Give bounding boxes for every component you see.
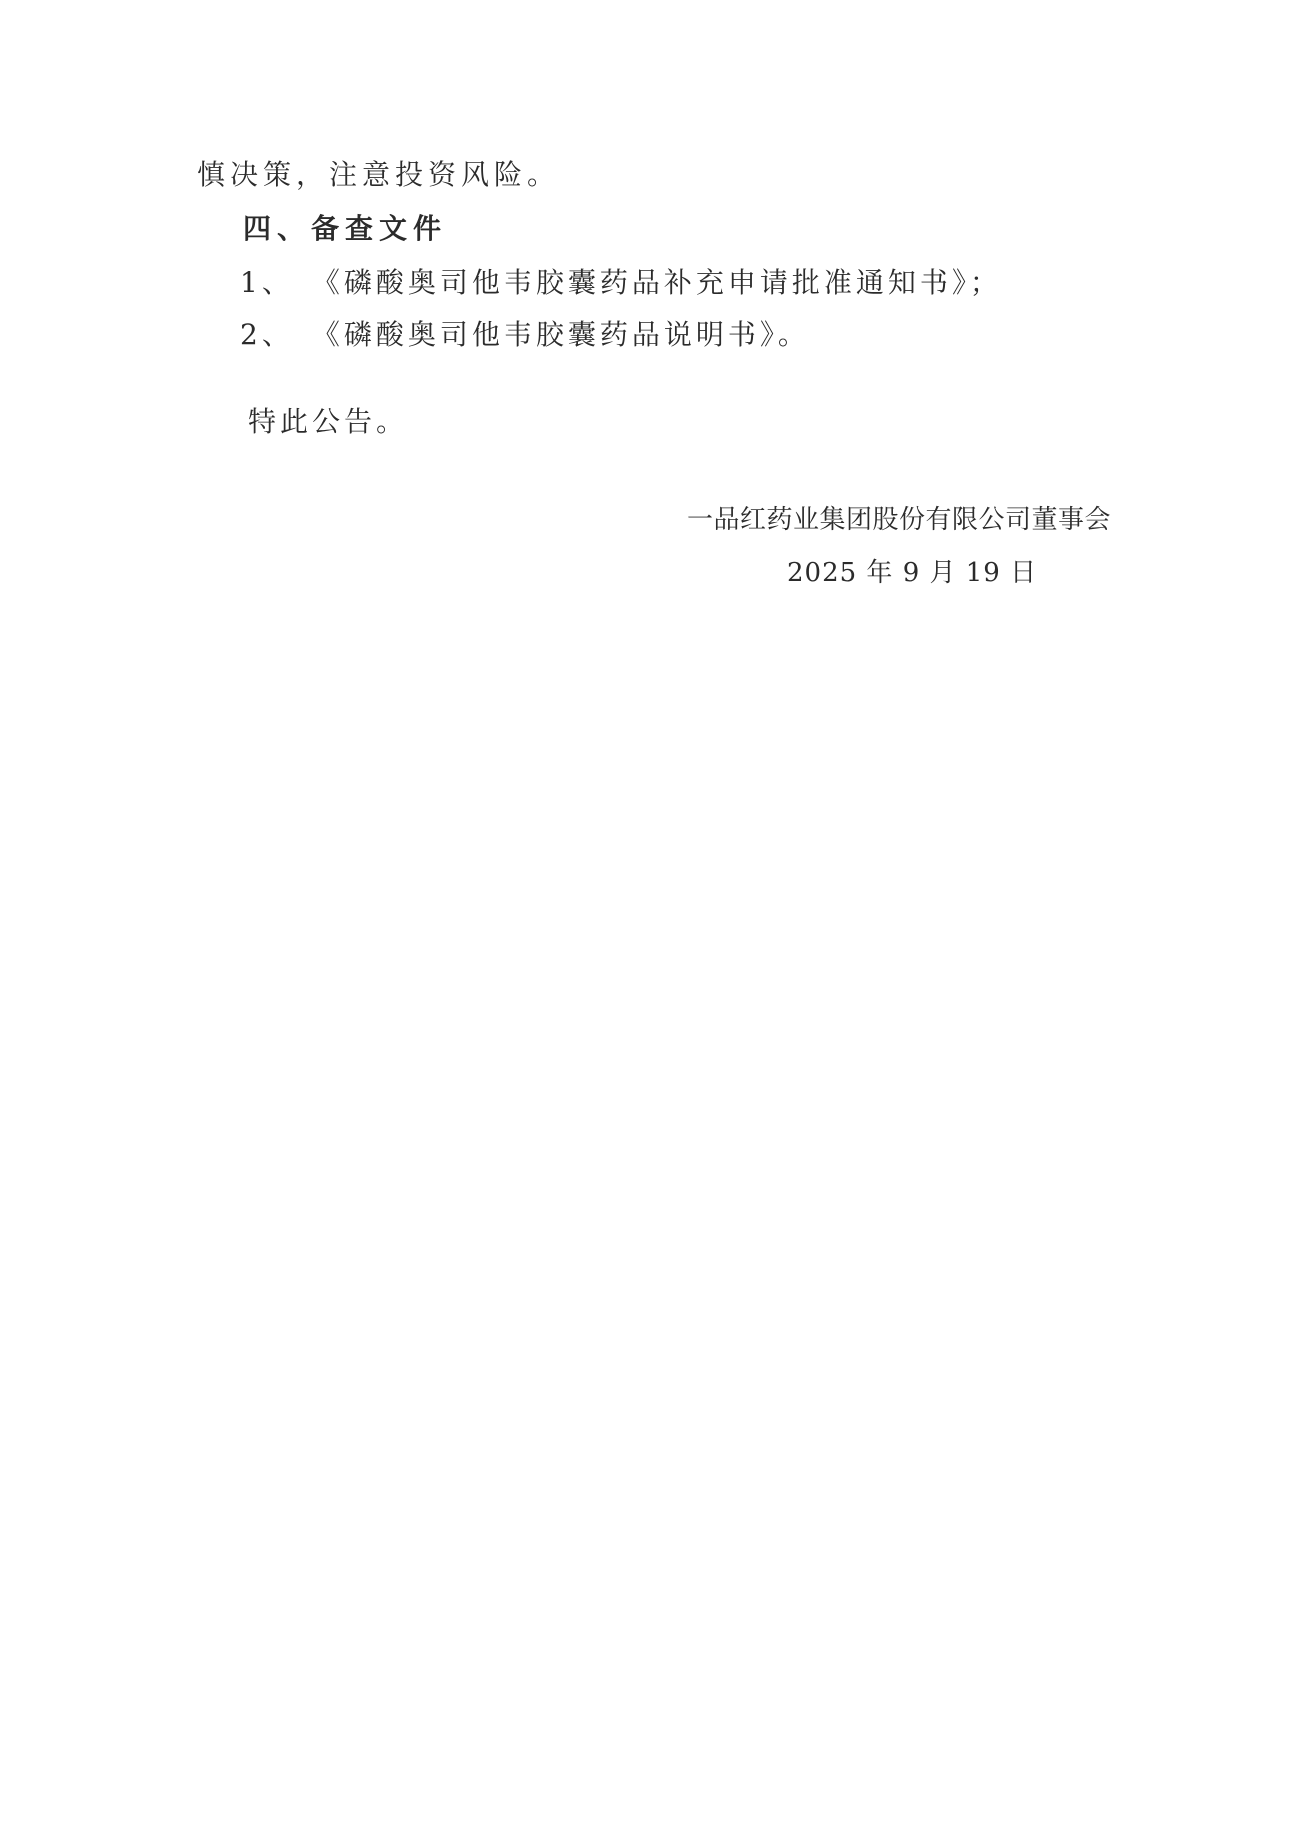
paragraph-tail-text: 慎决策，注意投资风险。	[197, 158, 560, 192]
closing-statement: 特此公告。	[248, 405, 408, 439]
signature-company-board: 一品红药业集团股份有限公司董事会	[687, 505, 1111, 536]
list-item-text: 《磷酸奥司他韦胶囊药品补充申请批准通知书》；	[312, 266, 1002, 299]
list-item-marker: 1、	[240, 266, 294, 300]
document-page: 慎决策，注意投资风险。 四、备查文件 1、《磷酸奥司他韦胶囊药品补充申请批准通知…	[0, 0, 1299, 1838]
list-item: 2、《磷酸奥司他韦胶囊药品说明书》。	[240, 318, 810, 352]
document-date: 2025 年 9 月 19 日	[787, 558, 1037, 589]
list-item-text: 《磷酸奥司他韦胶囊药品说明书》。	[312, 318, 810, 351]
list-item: 1、《磷酸奥司他韦胶囊药品补充申请批准通知书》；	[240, 266, 1002, 300]
list-item-marker: 2、	[240, 318, 294, 352]
section-heading: 四、备查文件	[243, 212, 447, 246]
